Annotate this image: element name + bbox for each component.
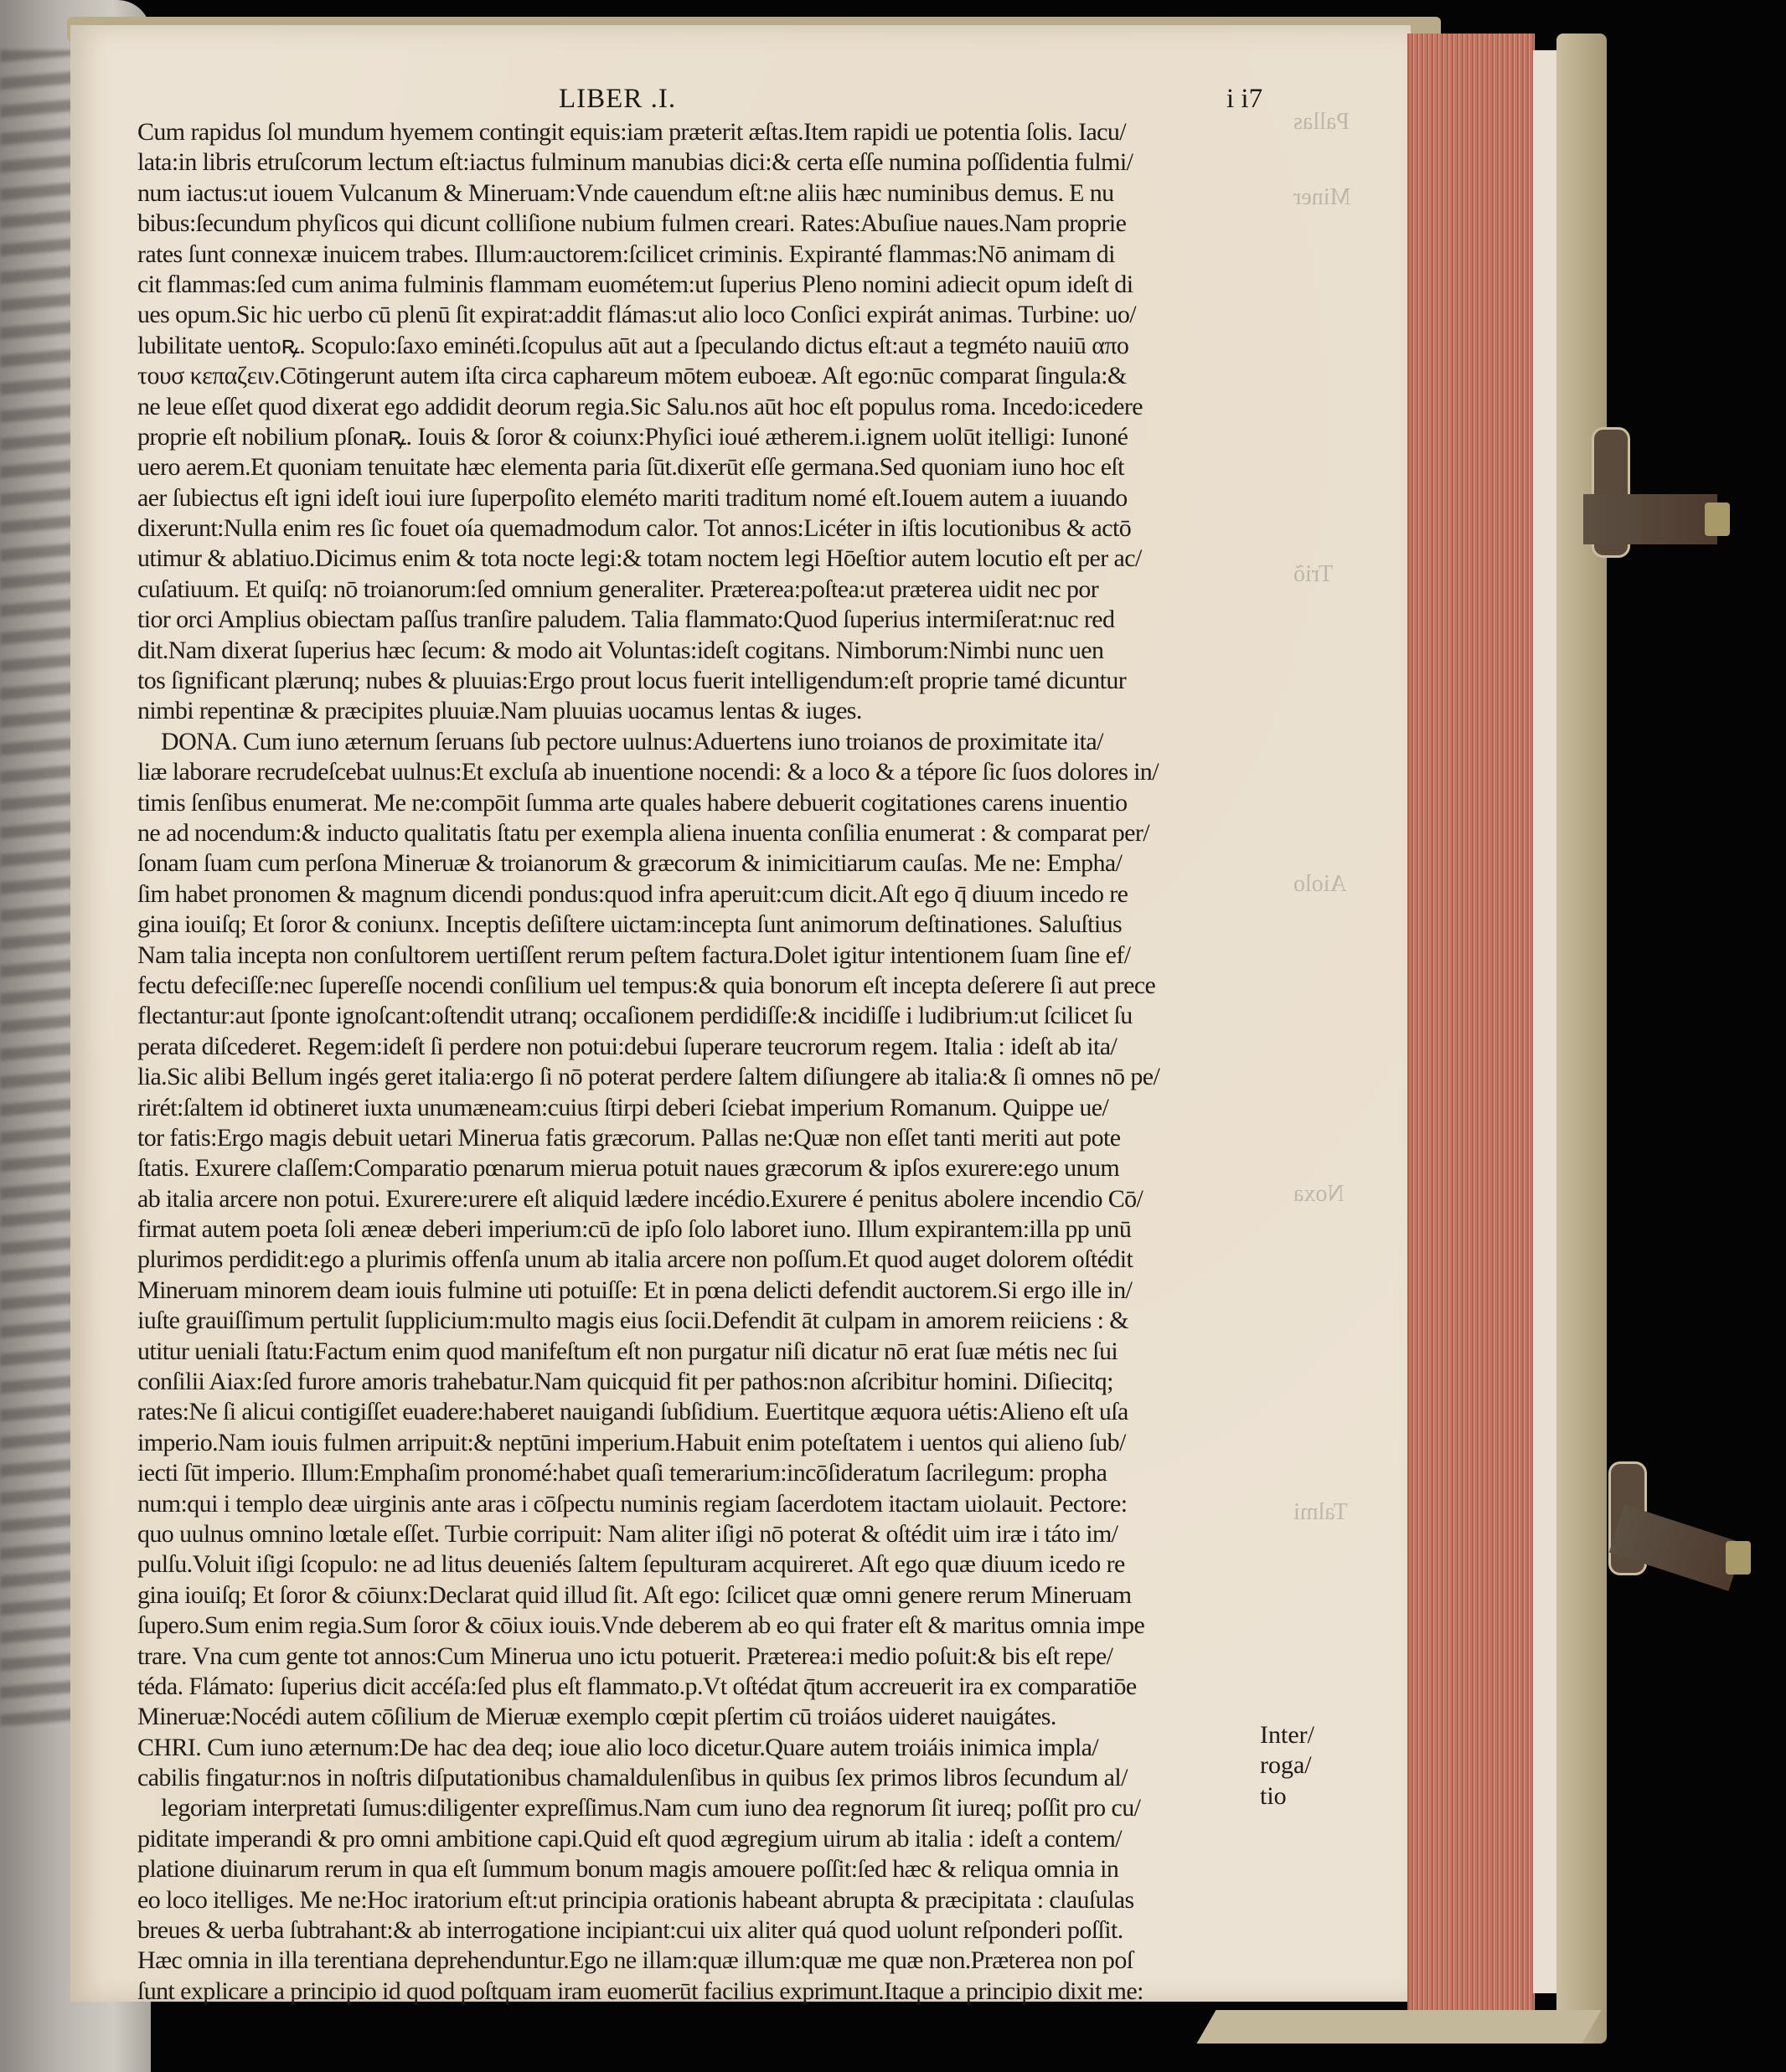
text-line: trare. Vna cum gente tot annos:Cum Miner… [137, 1642, 1310, 1672]
text-line: num iactus:ut iouem Vulcanum & Mineruam:… [137, 178, 1310, 209]
bottom-binding-corner [1196, 2010, 1601, 2044]
text-line: tior orci Amplius obiectam paſſus tranſi… [137, 605, 1310, 635]
text-line: DONA. Cum iuno æternum ſeruans ſub pecto… [137, 727, 1310, 757]
text-line: lubilitate uentoꝶ. Scopulo:ſaxo eminéti.… [137, 331, 1310, 361]
text-line: pulſu.Voluit iſigi ſcopulo: ne ad litus … [137, 1549, 1310, 1580]
text-line: eo loco itelliges. Me ne:Hoc iratorium e… [137, 1885, 1310, 1915]
book-page: LIBER .I. i i7 Pallas Miner Triõ Aiolo N… [70, 25, 1411, 2002]
text-line: ſupero.Sum enim regia.Sum ſoror & cōiux … [137, 1611, 1310, 1641]
pastedown-edge [1533, 50, 1558, 1993]
red-stained-fore-edge [1407, 34, 1535, 2010]
text-line: lata:in libris etruſcorum lectum eſt:iac… [137, 147, 1310, 178]
folio-number: i i7 [1226, 84, 1262, 115]
text-line: ne leue eſſet quod dixerat ego addidit d… [137, 392, 1310, 422]
text-line: iecti ſūt imperio. Illum:Emphaſim pronom… [137, 1458, 1310, 1488]
vellum-binding [1556, 34, 1607, 2044]
text-line: piditate imperandi & pro omni ambitione … [137, 1824, 1310, 1854]
text-line: imperio.Nam iouis fulmen arripuit:& nept… [137, 1428, 1310, 1458]
text-line: Mineruæ:Nocédi autem cōſilium de Mieruæ … [137, 1702, 1310, 1732]
running-head: LIBER .I. [559, 84, 676, 115]
text-line: rirét:ſaltem id obtineret iuxta unumænea… [137, 1093, 1310, 1123]
text-line: tor fatis:Ergo magis debuit uetari Miner… [137, 1123, 1310, 1153]
text-line: utitur ueniali ſtatu:Factum enim quod ma… [137, 1337, 1310, 1367]
text-line: CHRI. Cum iuno æternum:De hac dea deq; i… [137, 1733, 1310, 1763]
text-line: num:qui i templo deæ uirginis ante aras … [137, 1489, 1310, 1519]
marginal-note-line: roga/ [1260, 1750, 1314, 1781]
text-line: ab italia arcere non potui. Exurere:urer… [137, 1184, 1310, 1214]
clasp-strap [1609, 1504, 1744, 1590]
text-line: Cum rapidus ſol mundum hyemem contingit … [137, 117, 1310, 147]
text-line: ſim habet pronomen & magnum dicendi pond… [137, 879, 1310, 910]
text-line: gina iouiſq; Et ſoror & coniunx. Incepti… [137, 910, 1310, 940]
text-line: legoriam interpretati ſumus:diligenter e… [137, 1793, 1310, 1823]
text-line: dixerunt:Nulla enim res ſic fouet oía qu… [137, 513, 1310, 544]
text-line: cabilis fingatur:nos in noſtris diſputat… [137, 1763, 1310, 1793]
text-line: firmat autem poeta ſoli æneæ deberi impe… [137, 1214, 1310, 1245]
text-line: liæ laborare recrudeſcebat uulnus:Et exc… [137, 757, 1310, 787]
text-line: breues & uerba ſubtrahant:& ab interroga… [137, 1915, 1310, 1946]
text-line: τουσ κεπαζειν.Cōtingerunt autem iſta cir… [137, 361, 1310, 391]
text-line: rates ſunt connexæ inuicem trabes. Illum… [137, 240, 1310, 270]
text-line: plurimos perdidit:ego a plurimis offenſa… [137, 1245, 1310, 1275]
text-line: iuſte grauiſſimum pertulit ſupplicium:mu… [137, 1306, 1310, 1336]
text-line: cit flammas:ſed cum anima fulminis flamm… [137, 270, 1310, 300]
text-line: gina iouiſq; Et ſoror & cōiunx:Declarat … [137, 1580, 1310, 1611]
text-line: conſilii Aiax:ſed furore amoris trahebat… [137, 1367, 1310, 1397]
text-line: fectu defeciſſe:nec ſupereſſe nocendi co… [137, 971, 1310, 1001]
marginal-note-line: Inter/ [1260, 1720, 1314, 1750]
text-line: platione diuinarum rerum in qua eſt ſumm… [137, 1854, 1310, 1884]
text-line: utimur & ablatiuo.Dicimus enim & tota no… [137, 544, 1310, 574]
text-line: ſonam ſuam cum perſona Mineruæ & troiano… [137, 848, 1310, 879]
marginal-note: Inter/ roga/ tio [1260, 1720, 1314, 1812]
text-line: ſtatis. Exurere claſſem:Comparatio pœnar… [137, 1153, 1310, 1183]
text-line: cuſatiuum. Et quiſq: nō troianorum:ſed o… [137, 575, 1310, 605]
text-line: uero aerem.Et quoniam tenuitate hæc elem… [137, 452, 1310, 482]
text-line: timis ſenſibus enumerat. Me ne:compōit ſ… [137, 788, 1310, 818]
text-line: téda. Flámato: ſuperius dicit accéſa:ſed… [137, 1672, 1310, 1702]
clasp-brass-tip [1705, 503, 1730, 536]
commentary-text-block: Cum rapidus ſol mundum hyemem contingit … [137, 117, 1310, 2007]
text-line: ſunt explicare a principio id quod poſtq… [137, 1977, 1310, 2007]
text-line: bibus:ſecundum phyſicos qui dicunt colli… [137, 209, 1310, 239]
text-line: ne ad nocendum:& inducto qualitatis ſtat… [137, 818, 1310, 848]
text-line: Hæc omnia in illa terentiana deprehendun… [137, 1946, 1310, 1976]
text-line: Nam talia incepta non conſultorem uertiſ… [137, 941, 1310, 971]
text-line: lia.Sic alibi Bellum ingés geret italia:… [137, 1062, 1310, 1092]
text-line: nimbi repentinæ & præcipites pluuiæ.Nam … [137, 696, 1310, 726]
clasp-strap [1583, 494, 1717, 544]
text-line: dit.Nam dixerat ſuperius hæc ſecum: & mo… [137, 636, 1310, 666]
text-line: quo uulnus omnino lœtale eſſet. Turbie c… [137, 1519, 1310, 1549]
text-line: aer ſubiectus eſt igni ideſt ioui iure ſ… [137, 483, 1310, 513]
text-line: Mineruam minorem deam iouis fulmine uti … [137, 1276, 1310, 1306]
text-line: tos ſignificant plærunq; nubes & pluuias… [137, 666, 1310, 696]
text-line: perata diſcederet. Regem:ideſt ſi perder… [137, 1032, 1310, 1062]
text-line: ues opum.Sic hic uerbo cū plenū ſit expi… [137, 300, 1310, 330]
text-line: proprie eſt nobilium pſonaꝶ. Iouis & ſor… [137, 422, 1310, 452]
marginal-note-line: tio [1260, 1781, 1314, 1812]
clasp-brass-tip [1726, 1541, 1751, 1575]
text-line: flectantur:aut ſponte ignoſcant:oſtendit… [137, 1001, 1310, 1031]
text-line: rates:Ne ſi alicui contigiſſet euadere:h… [137, 1397, 1310, 1427]
